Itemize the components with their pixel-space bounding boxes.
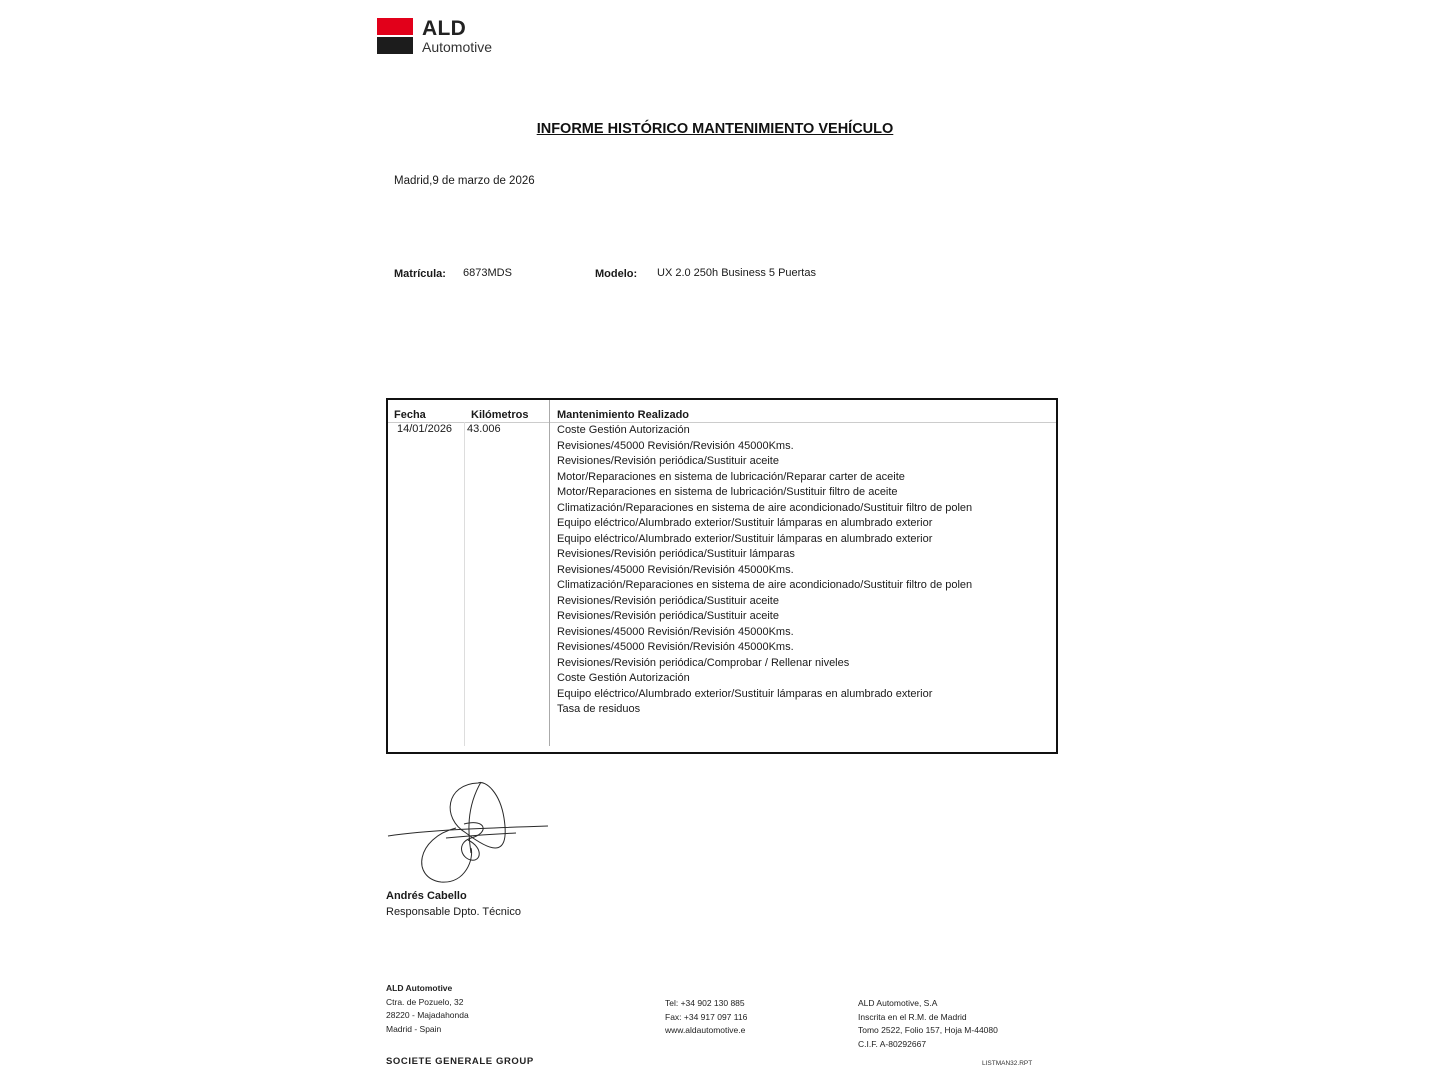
maintenance-item: Revisiones/Revisión periódica/Sustituir … [557,609,977,625]
header-date: Fecha [394,409,426,421]
footer-city: Madrid - Spain [386,1023,469,1037]
signer-name: Andrés Cabello [386,890,467,902]
maintenance-item: Revisiones/Revisión periódica/Sustituir … [557,454,977,470]
column-divider [549,400,550,746]
group-name: SOCIETE GENERALE GROUP [386,1056,534,1067]
maintenance-item: Motor/Reparaciones en sistema de lubrica… [557,470,977,486]
model-label: Modelo: [595,268,637,280]
maintenance-items-list: Coste Gestión AutorizaciónRevisiones/450… [557,423,977,718]
signer-role: Responsable Dpto. Técnico [386,906,521,918]
maintenance-item: Revisiones/45000 Revisión/Revisión 45000… [557,563,977,579]
maintenance-item: Coste Gestión Autorización [557,671,977,687]
footer-legal-name: ALD Automotive, S.A [858,997,998,1011]
maintenance-item: Revisiones/Revisión periódica/Sustituir … [557,594,977,610]
header-maintenance: Mantenimiento Realizado [557,409,689,421]
logo-line1: ALD [422,18,492,39]
maintenance-item: Revisiones/45000 Revisión/Revisión 45000… [557,625,977,641]
date-line: Madrid,9 de marzo de 2026 [394,175,535,187]
footer-tel: Tel: +34 902 130 885 [665,997,747,1011]
maintenance-item: Revisiones/Revisión periódica/Sustituir … [557,547,977,563]
report-code: LISTMAN32.RPT [982,1060,1032,1067]
logo-mark-icon [377,18,413,54]
footer-contact: Tel: +34 902 130 885 Fax: +34 917 097 11… [665,997,747,1038]
footer-company-name: ALD Automotive [386,982,469,996]
footer-website: www.aldautomotive.e [665,1024,747,1038]
column-divider [464,422,465,746]
plate-value: 6873MDS [463,267,512,279]
maintenance-item: Climatización/Reparaciones en sistema de… [557,501,977,517]
report-title: INFORME HISTÓRICO MANTENIMIENTO VEHÍCULO [0,121,1430,137]
row-km: 43.006 [467,423,501,435]
footer-fax: Fax: +34 917 097 116 [665,1011,747,1025]
footer-address: Ctra. de Pozuelo, 32 [386,996,469,1010]
maintenance-item: Equipo eléctrico/Alumbrado exterior/Sust… [557,687,977,703]
maintenance-item: Tasa de residuos [557,702,977,718]
maintenance-item: Coste Gestión Autorización [557,423,977,439]
footer-registry: Inscrita en el R.M. de Madrid [858,1011,998,1025]
maintenance-item: Revisiones/Revisión periódica/Comprobar … [557,656,977,672]
footer-postal: 28220 - Majadahonda [386,1009,469,1023]
logo-line2: Automotive [422,40,492,54]
model-value: UX 2.0 250h Business 5 Puertas [657,267,816,279]
ald-automotive-logo: ALD Automotive [377,18,507,56]
maintenance-item: Equipo eléctrico/Alumbrado exterior/Sust… [557,516,977,532]
maintenance-item: Revisiones/45000 Revisión/Revisión 45000… [557,439,977,455]
footer-company: ALD Automotive Ctra. de Pozuelo, 32 2822… [386,982,469,1036]
maintenance-table: Fecha Kilómetros Mantenimiento Realizado… [386,398,1058,754]
row-date: 14/01/2026 [397,423,452,435]
footer-cif: C.I.F. A-80292667 [858,1038,998,1052]
header-km: Kilómetros [471,409,528,421]
footer-volume: Tomo 2522, Folio 157, Hoja M-44080 [858,1024,998,1038]
maintenance-item: Revisiones/45000 Revisión/Revisión 45000… [557,640,977,656]
footer-legal: ALD Automotive, S.A Inscrita en el R.M. … [858,997,998,1051]
table-header: Fecha Kilómetros Mantenimiento Realizado [388,400,1056,423]
signature-image [386,778,550,884]
maintenance-item: Climatización/Reparaciones en sistema de… [557,578,977,594]
maintenance-item: Motor/Reparaciones en sistema de lubrica… [557,485,977,501]
maintenance-item: Equipo eléctrico/Alumbrado exterior/Sust… [557,532,977,548]
plate-label: Matrícula: [394,268,446,280]
